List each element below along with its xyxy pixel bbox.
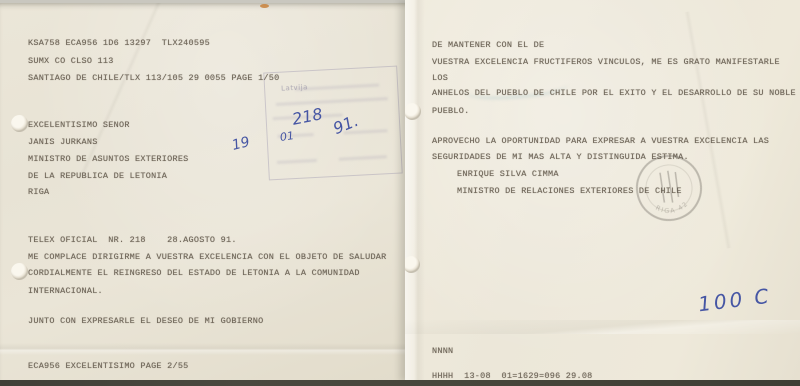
handwritten-mark-left: 19: [230, 134, 251, 154]
recipient-title: MINISTRO DE ASUNTOS EXTERIORES: [28, 154, 189, 164]
telex-routing-line: KSA758 ECA956 1D6 13297 TLX240595: [28, 38, 210, 48]
paper-fleck: [260, 4, 269, 8]
punch-hole: [11, 115, 28, 132]
crease-line: [405, 320, 800, 334]
telex-end-code: NNNN: [432, 346, 453, 356]
body-line: LOS: [432, 73, 448, 83]
stamp-text-bar: [339, 155, 387, 161]
round-stamp-inner-marks: [657, 169, 682, 204]
body-line: CORDIALMENTE EL REINGRESO DEL ESTADO DE …: [28, 268, 360, 278]
crease-line: [0, 343, 413, 355]
body-line: ME COMPLACE DIRIGIRME A VUESTRA EXCELENC…: [28, 252, 387, 262]
body-line: DE MANTENER CON EL DE: [432, 40, 544, 50]
body-line: INTERNACIONAL.: [28, 286, 103, 296]
body-line: VUESTRA EXCELENCIA FRUCTIFEROS VINCULOS,…: [432, 57, 780, 67]
telex-sheet-left: KSA758 ECA956 1D6 13297 TLX240595 SUMX C…: [0, 3, 413, 382]
telex-origin-line: SANTIAGO DE CHILE/TLX 113/105 29 0055 PA…: [28, 73, 280, 83]
telex-page-footer: ECA956 EXCELENTISIMO PAGE 2/55: [28, 361, 189, 371]
crease-line: [80, 3, 167, 176]
punch-hole: [405, 103, 421, 120]
signature-name: ENRIQUE SILVA CIMMA: [457, 169, 559, 179]
body-line: JUNTO CON EXPRESARLE EL DESEO DE MI GOBI…: [28, 316, 263, 326]
body-line: APROVECHO LA OPORTUNIDAD PARA EXPRESAR A…: [432, 136, 769, 146]
recipient-country: DE LA REPUBLICA DE LETONIA: [28, 171, 167, 181]
stamp-text-bar: [277, 159, 317, 164]
recipient-salutation: EXCELENTISIMO SENOR: [28, 120, 130, 130]
body-line: PUEBLO.: [432, 106, 469, 116]
scan-edge-strip: [0, 380, 800, 386]
punch-hole: [405, 256, 420, 273]
recipient-city: RIGA: [28, 187, 49, 197]
telex-routing-line: SUMX CO CLSO 113: [28, 56, 114, 66]
recipient-name: JANIS JURKANS: [28, 137, 98, 147]
handwritten-mark-middle: 01: [279, 129, 295, 144]
round-stamp-graphic: RIGA 42: [627, 146, 712, 231]
stamp-text-bar: [276, 97, 388, 106]
punch-hole: [11, 263, 28, 280]
handwritten-note: 100 C: [697, 284, 773, 317]
body-line: ANHELOS DEL PUEBLO DE CHILE POR EL EXITO…: [432, 88, 796, 98]
telex-reference-line: TELEX OFICIAL NR. 218 28.AGOSTO 91.: [28, 235, 237, 245]
round-stamp: RIGA 42: [627, 146, 712, 231]
telex-sheet-right: DE MANTENER CON EL DE VUESTRA EXCELENCIA…: [405, 0, 800, 382]
